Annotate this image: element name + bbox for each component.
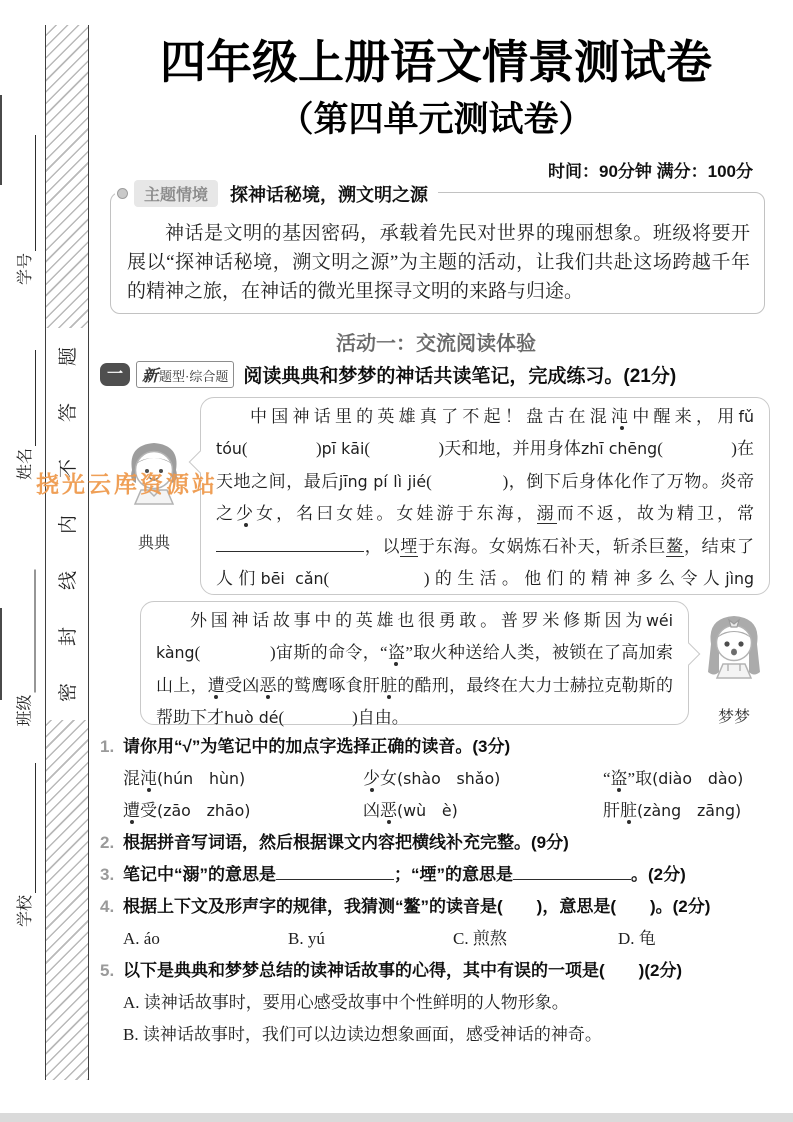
question-1-stem: 请你用“√”为笔记中的加点字选择正确的读音。(3分) (123, 737, 510, 756)
class-field: 班级 (14, 570, 36, 727)
page-subtitle: （第四单元测试卷） (100, 92, 772, 142)
section-instruction: 阅读典典和梦梦的神话共读笔记，完成练习。(21分) (243, 361, 676, 388)
option-b: B. yú (288, 923, 453, 955)
seal-char: 密 (53, 682, 80, 701)
mengmeng-name-label: 梦梦 (698, 704, 770, 727)
question-4: 4.根据上下文及形声字的规律，我猜测“鳌”的读音是( )，意思是( )。(2分) (100, 891, 776, 923)
page-bottom-edge (0, 1113, 793, 1122)
tag-rest-text: 题型·综合题 (159, 369, 228, 384)
diandian-note-bubble: 中国神话里的英雄真了不起！盘古在混沌中醒来，用fǔ tóu( )pī kāi( … (200, 397, 770, 595)
question-2: 2.根据拼音写词语，然后根据课文内容把横线补充完整。(9分) (100, 827, 776, 859)
pinyin-choice-daoqu: “盗”取(diào dào) (603, 763, 776, 795)
page-title: 四年级上册语文情景测试卷 (100, 26, 772, 92)
girl-avatar-icon (701, 610, 767, 698)
school-blank (20, 763, 36, 893)
section-header: 一 新题型·综合题 阅读典典和梦梦的神话共读笔记，完成练习。(21分) (100, 361, 676, 388)
tag-new-char: 新 (142, 368, 158, 385)
seal-char: 内 (53, 514, 80, 533)
theme-paragraph: 神话是文明的基因密码，承载着先民对世界的瑰丽想象。班级将要开展以“探神话秘境，溯… (127, 219, 750, 306)
diandian-note-text: 中国神话里的英雄真了不起！盘古在混沌中醒来，用fǔ tóu( )pī kāi( … (201, 398, 769, 633)
question-5-option-a: A. 读神话故事时，要用心感受故事中个性鲜明的人物形象。 (100, 987, 776, 1019)
pinyin-choice-hundun: 混沌(hún hùn) (123, 763, 363, 795)
student-id-label: 学号 (16, 253, 36, 285)
seal-char: 封 (53, 626, 80, 645)
question-2-number: 2. (100, 827, 123, 859)
page-edge-mark (0, 95, 2, 185)
option-c: C. 煎熬 (453, 923, 618, 955)
section-number-badge: 一 (100, 363, 130, 386)
question-3: 3.笔记中“溺”的意思是；“堙”的意思是。(2分) (100, 859, 776, 891)
question-list: 1.请你用“√”为笔记中的加点字选择正确的读音。(3分) 混沌(hún hùn)… (100, 731, 776, 1051)
seal-line-text: 题 答 不 内 线 封 密 (46, 328, 88, 720)
question-4-options: A. áo B. yú C. 煎熬 D. 龟 (100, 923, 776, 955)
theme-badge: 主题情境 (134, 180, 218, 207)
seal-char: 线 (53, 570, 80, 589)
question-1-number: 1. (100, 731, 123, 763)
student-id-field: 学号 (14, 135, 36, 285)
seal-line-band: 题 答 不 内 线 封 密 (45, 25, 89, 1080)
school-label: 学校 (16, 895, 36, 927)
mengmeng-note-bubble: 外国神话故事中的英雄也很勇敢。普罗米修斯因为wéi kàng( )宙斯的命令，“… (140, 601, 689, 725)
class-label: 班级 (16, 694, 36, 726)
option-d: D. 龟 (618, 923, 776, 955)
exam-paper-page: 题 答 不 内 线 封 密 学号 姓名 班级 学校 挠光云库资源站 四年级上册语… (0, 0, 793, 1122)
class-blank (20, 570, 36, 693)
question-3-stem: 笔记中“溺”的意思是；“堙”的意思是。(2分) (123, 865, 686, 884)
question-5-option-b: B. 读神话故事时，我们可以边读边想象画面，感受神话的神奇。 (100, 1019, 776, 1051)
seal-char: 答 (53, 402, 80, 421)
theme-box: 主题情境 探神话秘境，溯文明之源 神话是文明的基因密码，承载着先民对世界的瑰丽想… (110, 192, 765, 314)
theme-title: 探神话秘境，溯文明之源 (230, 181, 428, 207)
student-name-blank (20, 350, 36, 446)
option-a: A. áo (123, 923, 288, 955)
question-1-items-row-2: 遭受(zāo zhāo) 凶恶(wù è) 肝脏(zàng zāng) (100, 795, 776, 827)
site-watermark: 挠光云库资源站 (36, 466, 218, 499)
question-5-number: 5. (100, 955, 123, 987)
time-score-info: 时间：90分钟 满分：100分 (548, 157, 753, 182)
question-3-number: 3. (100, 859, 123, 891)
circle-marker-icon (117, 188, 128, 199)
student-id-blank (20, 135, 36, 251)
diandian-name-label: 典典 (112, 530, 196, 553)
pinyin-choice-xionge: 凶恶(wù è) (363, 795, 603, 827)
student-name-label: 姓名 (16, 448, 36, 480)
pinyin-choice-zaoshou: 遭受(zāo zhāo) (123, 795, 363, 827)
question-4-number: 4. (100, 891, 123, 923)
question-5-stem: 以下是典典和梦梦总结的读神话故事的心得，其中有误的一项是( )(2分) (123, 961, 682, 980)
student-name-field: 姓名 (14, 350, 36, 480)
new-question-type-tag: 新题型·综合题 (136, 361, 234, 388)
school-field: 学校 (14, 763, 36, 927)
mengmeng-avatar-box: 梦梦 (698, 610, 770, 727)
question-1: 1.请你用“√”为笔记中的加点字选择正确的读音。(3分) (100, 731, 776, 763)
question-2-stem: 根据拼音写词语，然后根据课文内容把横线补充完整。(9分) (123, 833, 569, 852)
pinyin-choice-shaonv: 少女(shào shǎo) (363, 763, 603, 795)
pinyin-choice-ganzang: 肝脏(zàng zāng) (603, 795, 776, 827)
question-4-stem: 根据上下文及形声字的规律，我猜测“鳌”的读音是( )，意思是( )。(2分) (123, 897, 710, 916)
mengmeng-note-text: 外国神话故事中的英雄也很勇敢。普罗米修斯因为wéi kàng( )宙斯的命令，“… (141, 602, 688, 740)
page-edge-mark (0, 608, 2, 700)
seal-char: 题 (53, 346, 80, 365)
activity-title: 活动一：交流阅读体验 (100, 327, 772, 356)
question-5: 5.以下是典典和梦梦总结的读神话故事的心得，其中有误的一项是( )(2分) (100, 955, 776, 987)
question-1-items-row-1: 混沌(hún hùn) 少女(shào shǎo) “盗”取(diào dào) (100, 763, 776, 795)
theme-header: 主题情境 探神话秘境，溯文明之源 (115, 180, 438, 207)
